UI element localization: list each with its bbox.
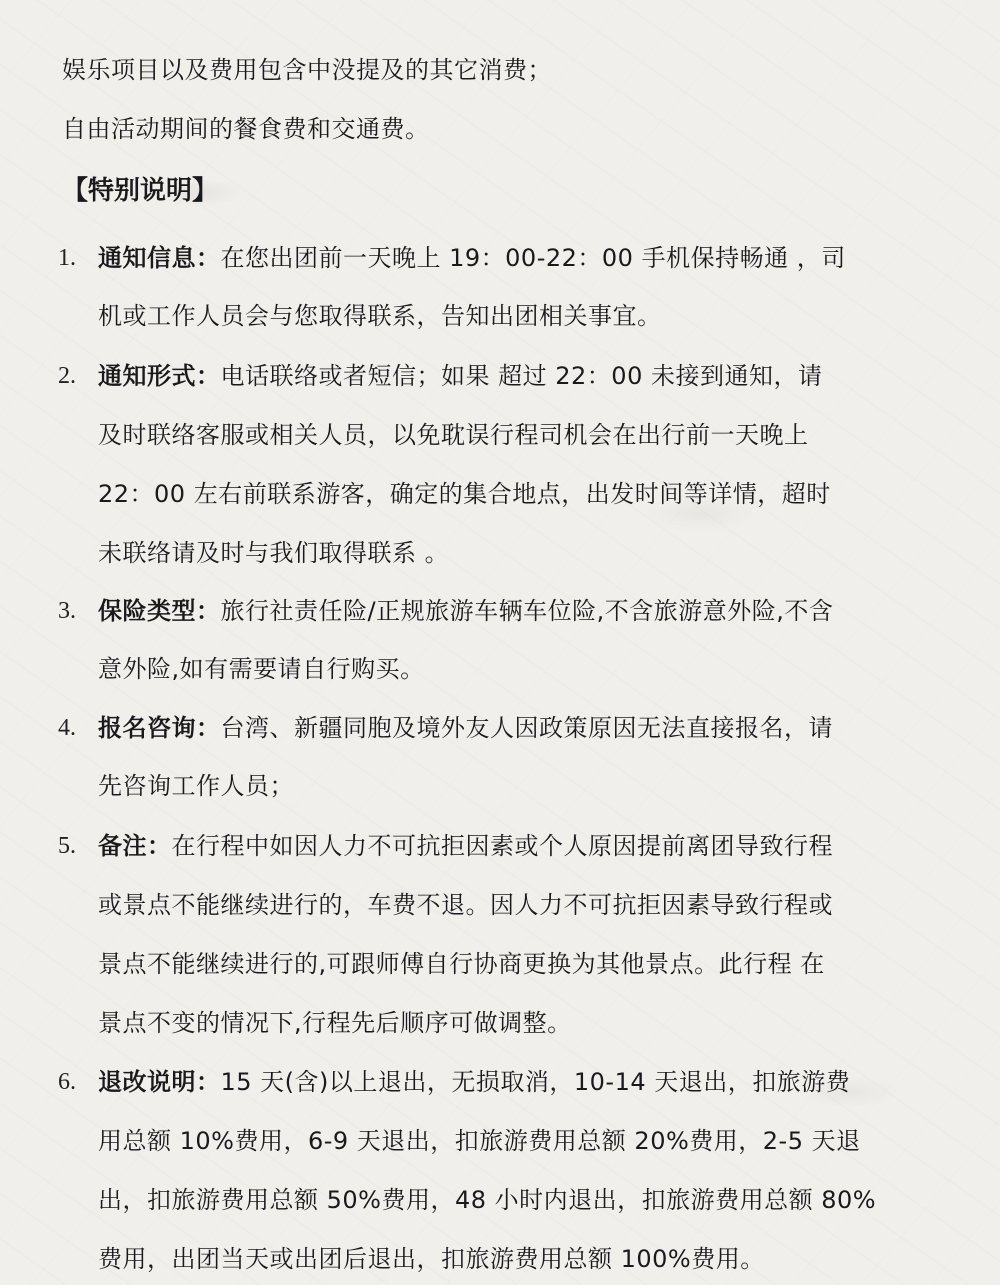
item-label: 报名咨询： [98,714,221,742]
item-text: 在您出团前一天晚上 19：00-22：00 手机保持畅通 ，司 [221,244,846,272]
item-number: 1. [58,243,76,273]
item-number: 5. [58,831,76,861]
item-line: 报名咨询：台湾、新疆同胞及境外友人因政策原因无法直接报名，请 [98,713,833,743]
section-heading: 【特别说明】 [62,174,218,208]
item-line: 费用，出团当天或出团后退出，扣旅游费用总额 100%费用。 [98,1244,765,1274]
item-line: 用总额 10%费用，6-9 天退出，扣旅游费用总额 20%费用，2-5 天退 [98,1126,861,1156]
document-page: 娱乐项目以及费用包含中没提及的其它消费； 自由活动期间的餐食费和交通费。 【特别… [0,0,1000,1285]
item-line: 通知信息：在您出团前一天晚上 19：00-22：00 手机保持畅通 ，司 [98,243,846,273]
item-line: 22：00 左右前联系游客，确定的集合地点，出发时间等详情，超时 [98,479,831,509]
item-line: 及时联络客服或相关人员，以免耽误行程司机会在出行前一天晚上 [98,420,809,450]
item-line: 未联络请及时与我们取得联系 。 [98,538,449,568]
item-line: 通知形式：电话联络或者短信；如果 超过 22：00 未接到通知，请 [98,361,822,391]
item-line: 保险类型：旅行社责任险/正规旅游车辆车位险,不含旅游意外险,不含 [98,596,833,626]
item-line: 景点不变的情况下,行程先后顺序可做调整。 [98,1008,572,1038]
item-label: 通知形式： [98,362,221,390]
item-number: 6. [58,1067,76,1097]
item-line: 景点不能继续进行的,可跟师傅自行协商更换为其他景点。此行程 在 [98,949,825,979]
item-line: 先咨询工作人员； [98,771,294,801]
item-text: 15 天(含)以上退出，无损取消，10-14 天退出，扣旅游费 [221,1068,851,1096]
item-number: 2. [58,361,76,391]
item-label: 保险类型： [98,597,221,625]
item-label: 退改说明： [98,1068,221,1096]
item-line: 备注：在行程中如因人力不可抗拒因素或个人原因提前离团导致行程 [98,831,833,861]
item-text: 在行程中如因人力不可抗拒因素或个人原因提前离团导致行程 [172,832,834,860]
item-text: 旅行社责任险/正规旅游车辆车位险,不含旅游意外险,不含 [221,597,834,625]
item-label: 备注： [98,832,172,860]
item-text: 电话联络或者短信；如果 超过 22：00 未接到通知，请 [221,362,823,390]
item-number: 4. [58,713,76,743]
item-line: 退改说明：15 天(含)以上退出，无损取消，10-14 天退出，扣旅游费 [98,1067,850,1097]
item-line: 出，扣旅游费用总额 50%费用，48 小时内退出，扣旅游费用总额 80% [98,1185,876,1215]
item-text: 台湾、新疆同胞及境外友人因政策原因无法直接报名，请 [221,714,834,742]
item-line: 机或工作人员会与您取得联系，告知出团相关事宜。 [98,301,662,331]
item-line: 意外险,如有需要请自行购买。 [98,654,425,684]
item-line: 或景点不能继续进行的，车费不退。因人力不可抗拒因素导致行程或 [98,890,833,920]
item-label: 通知信息： [98,244,221,272]
intro-line: 娱乐项目以及费用包含中没提及的其它消费； [62,55,552,85]
intro-line: 自由活动期间的餐食费和交通费。 [62,114,430,144]
item-number: 3. [58,596,76,626]
